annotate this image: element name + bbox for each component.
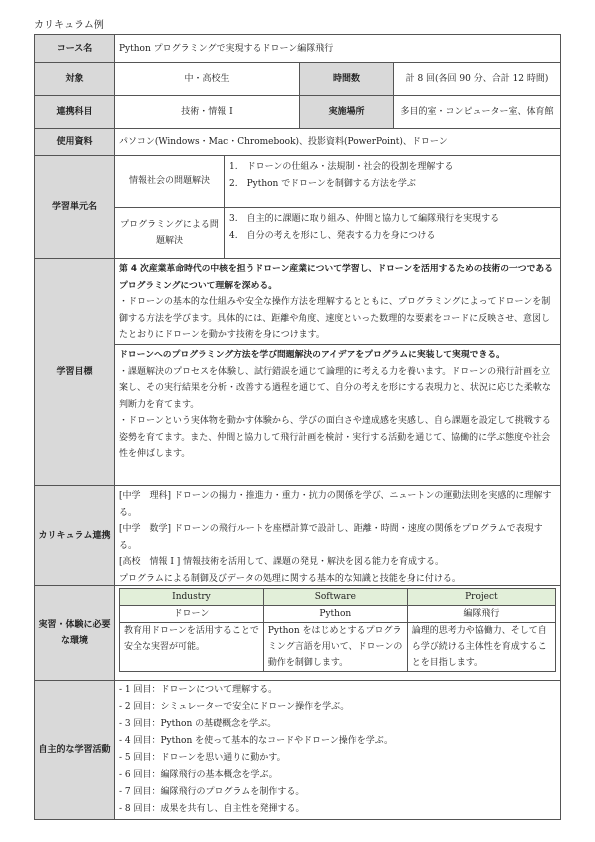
environment-sub-row: ドローン Python 編隊飛行 bbox=[120, 606, 556, 623]
goal-heading: ドローンへのプログラミング方法を学び問題解決のアイデアをプログラムに実装して実現… bbox=[119, 350, 505, 360]
env-desc-project: 論理的思考力や協働力、そして自ら学び続ける主体性を育成することを目指します。 bbox=[407, 623, 555, 672]
curriculum-label: カリキュラム連携 bbox=[35, 486, 115, 585]
row-goals: 学習目標 第 4 次産業革命時代の中核を担うドローン産業について学習し、ドローン… bbox=[35, 259, 560, 486]
materials-value: パソコン(Windows・Mac・Chromebook)、投影資料(PowerP… bbox=[115, 129, 560, 155]
unit-group: プログラミングによる問題解決 3. 自主的に課題に取り組み、仲間と協力して編隊飛… bbox=[115, 208, 560, 259]
hours-value: 計 8 回(各回 90 分、合計 12 時間) bbox=[394, 63, 560, 95]
goals-blocks: 第 4 次産業革命時代の中核を担うドローン産業について学習し、ドローンを活用する… bbox=[115, 259, 560, 485]
curriculum-line: [中学 数学] ドローンの飛行ルートを座標計算で設計し、距離・時間・速度の関係を… bbox=[119, 521, 556, 554]
row-course: コース名 Python プログラミングで実現するドローン編隊飛行 bbox=[35, 35, 560, 63]
unit-group-name: プログラミングによる問題解決 bbox=[115, 208, 225, 259]
activity-item: - 6 回目：編隊飛行の基本概念を学ぶ。 bbox=[119, 767, 556, 784]
materials-label: 使用資料 bbox=[35, 129, 115, 155]
place-value: 多目的室・コンピューター室、体育館 bbox=[394, 96, 560, 128]
environment-table: Industry Software Project ドローン Python 編隊… bbox=[119, 588, 556, 672]
env-desc-software: Python をはじめとするプログラミング言語を用いて、ドローンの動作を制御しま… bbox=[263, 623, 407, 672]
unit-group: 情報社会の問題解決 1. ドローンの仕組み・法規制・社会的役割を理解する 2. … bbox=[115, 156, 560, 208]
unit-item: 1. ドローンの仕組み・法規制・社会的役割を理解する bbox=[229, 159, 556, 176]
activities-list: - 1 回目：ドローンについて理解する。 - 2 回目：シミュレーターで安全にド… bbox=[115, 681, 560, 819]
curriculum-lines: [中学 理科] ドローンの揚力・推進力・重力・抗力の関係を学び、ニュートンの運動… bbox=[115, 486, 560, 585]
activity-item: - 1 回目：ドローンについて理解する。 bbox=[119, 682, 556, 699]
activity-item: - 8 回目：成果を共有し、自主性を発揮する。 bbox=[119, 801, 556, 818]
goal-body: ・課題解決のプロセスを体験し、試行錯誤を通じて論理的に考える力を養います。ドロー… bbox=[119, 364, 556, 414]
units-groups: 情報社会の問題解決 1. ドローンの仕組み・法規制・社会的役割を理解する 2. … bbox=[115, 156, 560, 258]
unit-group-items: 1. ドローンの仕組み・法規制・社会的役割を理解する 2. Python でドロ… bbox=[225, 156, 560, 207]
subjects-label: 連携科目 bbox=[35, 96, 115, 128]
env-sub-industry: ドローン bbox=[120, 606, 264, 623]
row-curriculum: カリキュラム連携 [中学 理科] ドローンの揚力・推進力・重力・抗力の関係を学び… bbox=[35, 486, 560, 586]
goal-body: ・ドローンという実体物を動かす体験から、学びの面白さや達成感を実感し、自ら課題を… bbox=[119, 413, 556, 463]
goals-label: 学習目標 bbox=[35, 259, 115, 485]
row-subjects: 連携科目 技術・情報 I 実施場所 多目的室・コンピューター室、体育館 bbox=[35, 96, 560, 129]
env-header-project: Project bbox=[407, 589, 555, 606]
target-value: 中・高校生 bbox=[115, 63, 300, 95]
unit-group-name: 情報社会の問題解決 bbox=[115, 156, 225, 207]
course-label: コース名 bbox=[35, 35, 115, 62]
env-sub-software: Python bbox=[263, 606, 407, 623]
activity-item: - 4 回目：Python を使って基本的なコードやドローン操作を学ぶ。 bbox=[119, 733, 556, 750]
environment-label: 実習・体験に必要な環境 bbox=[35, 586, 115, 680]
row-units: 学習単元名 情報社会の問題解決 1. ドローンの仕組み・法規制・社会的役割を理解… bbox=[35, 156, 560, 259]
environment-content: Industry Software Project ドローン Python 編隊… bbox=[115, 586, 560, 680]
target-label: 対象 bbox=[35, 63, 115, 95]
subjects-value: 技術・情報 I bbox=[115, 96, 300, 128]
unit-item: 2. Python でドローンを制御する方法を学ぶ bbox=[229, 176, 556, 193]
units-label: 学習単元名 bbox=[35, 156, 115, 258]
course-value: Python プログラミングで実現するドローン編隊飛行 bbox=[115, 35, 560, 62]
row-materials: 使用資料 パソコン(Windows・Mac・Chromebook)、投影資料(P… bbox=[35, 129, 560, 156]
curriculum-table: コース名 Python プログラミングで実現するドローン編隊飛行 対象 中・高校… bbox=[34, 34, 561, 820]
place-label: 実施場所 bbox=[300, 96, 394, 128]
row-activities: 自主的な学習活動 - 1 回目：ドローンについて理解する。 - 2 回目：シミュ… bbox=[35, 681, 560, 819]
hours-label: 時間数 bbox=[300, 63, 394, 95]
activity-item: - 7 回目：編隊飛行のプログラムを制作する。 bbox=[119, 784, 556, 801]
environment-header-row: Industry Software Project bbox=[120, 589, 556, 606]
row-environment: 実習・体験に必要な環境 Industry Software Project ドロ… bbox=[35, 586, 560, 681]
goal-heading: 第 4 次産業革命時代の中核を担うドローン産業について学習し、ドローンを活用する… bbox=[119, 264, 553, 291]
environment-desc-row: 教育用ドローンを活用することで安全な実習が可能。 Python をはじめとするプ… bbox=[120, 623, 556, 672]
unit-group-items: 3. 自主的に課題に取り組み、仲間と協力して編隊飛行を実現する 4. 自分の考え… bbox=[225, 208, 560, 259]
activities-label: 自主的な学習活動 bbox=[35, 681, 115, 819]
curriculum-line: [中学 理科] ドローンの揚力・推進力・重力・抗力の関係を学び、ニュートンの運動… bbox=[119, 488, 556, 521]
env-header-industry: Industry bbox=[120, 589, 264, 606]
document-caption: カリキュラム例 bbox=[34, 16, 104, 31]
goal-body: ・ドローンの基本的な仕組みや安全な操作方法を理解するとともに、プログラミングによ… bbox=[119, 294, 556, 344]
env-sub-project: 編隊飛行 bbox=[407, 606, 555, 623]
goal-block: ドローンへのプログラミング方法を学び問題解決のアイデアをプログラムに実装して実現… bbox=[115, 345, 560, 485]
env-header-software: Software bbox=[263, 589, 407, 606]
unit-item: 3. 自主的に課題に取り組み、仲間と協力して編隊飛行を実現する bbox=[229, 211, 556, 228]
unit-item: 4. 自分の考えを形にし、発表する力を身につける bbox=[229, 228, 556, 245]
row-target: 対象 中・高校生 時間数 計 8 回(各回 90 分、合計 12 時間) bbox=[35, 63, 560, 96]
activity-item: - 2 回目：シミュレーターで安全にドローン操作を学ぶ。 bbox=[119, 699, 556, 716]
curriculum-line: [高校 情報 I ] 情報技術を活用して、課題の発見・解決を図る能力を育成する。 bbox=[119, 554, 556, 571]
curriculum-line: プログラムによる制御及びデータの処理に関する基本的な知識と技能を身に付ける。 bbox=[119, 571, 556, 588]
activity-item: - 5 回目：ドローンを思い通りに動かす。 bbox=[119, 750, 556, 767]
env-desc-industry: 教育用ドローンを活用することで安全な実習が可能。 bbox=[120, 623, 264, 672]
activity-item: - 3 回目：Python の基礎概念を学ぶ。 bbox=[119, 716, 556, 733]
goal-block: 第 4 次産業革命時代の中核を担うドローン産業について学習し、ドローンを活用する… bbox=[115, 259, 560, 345]
